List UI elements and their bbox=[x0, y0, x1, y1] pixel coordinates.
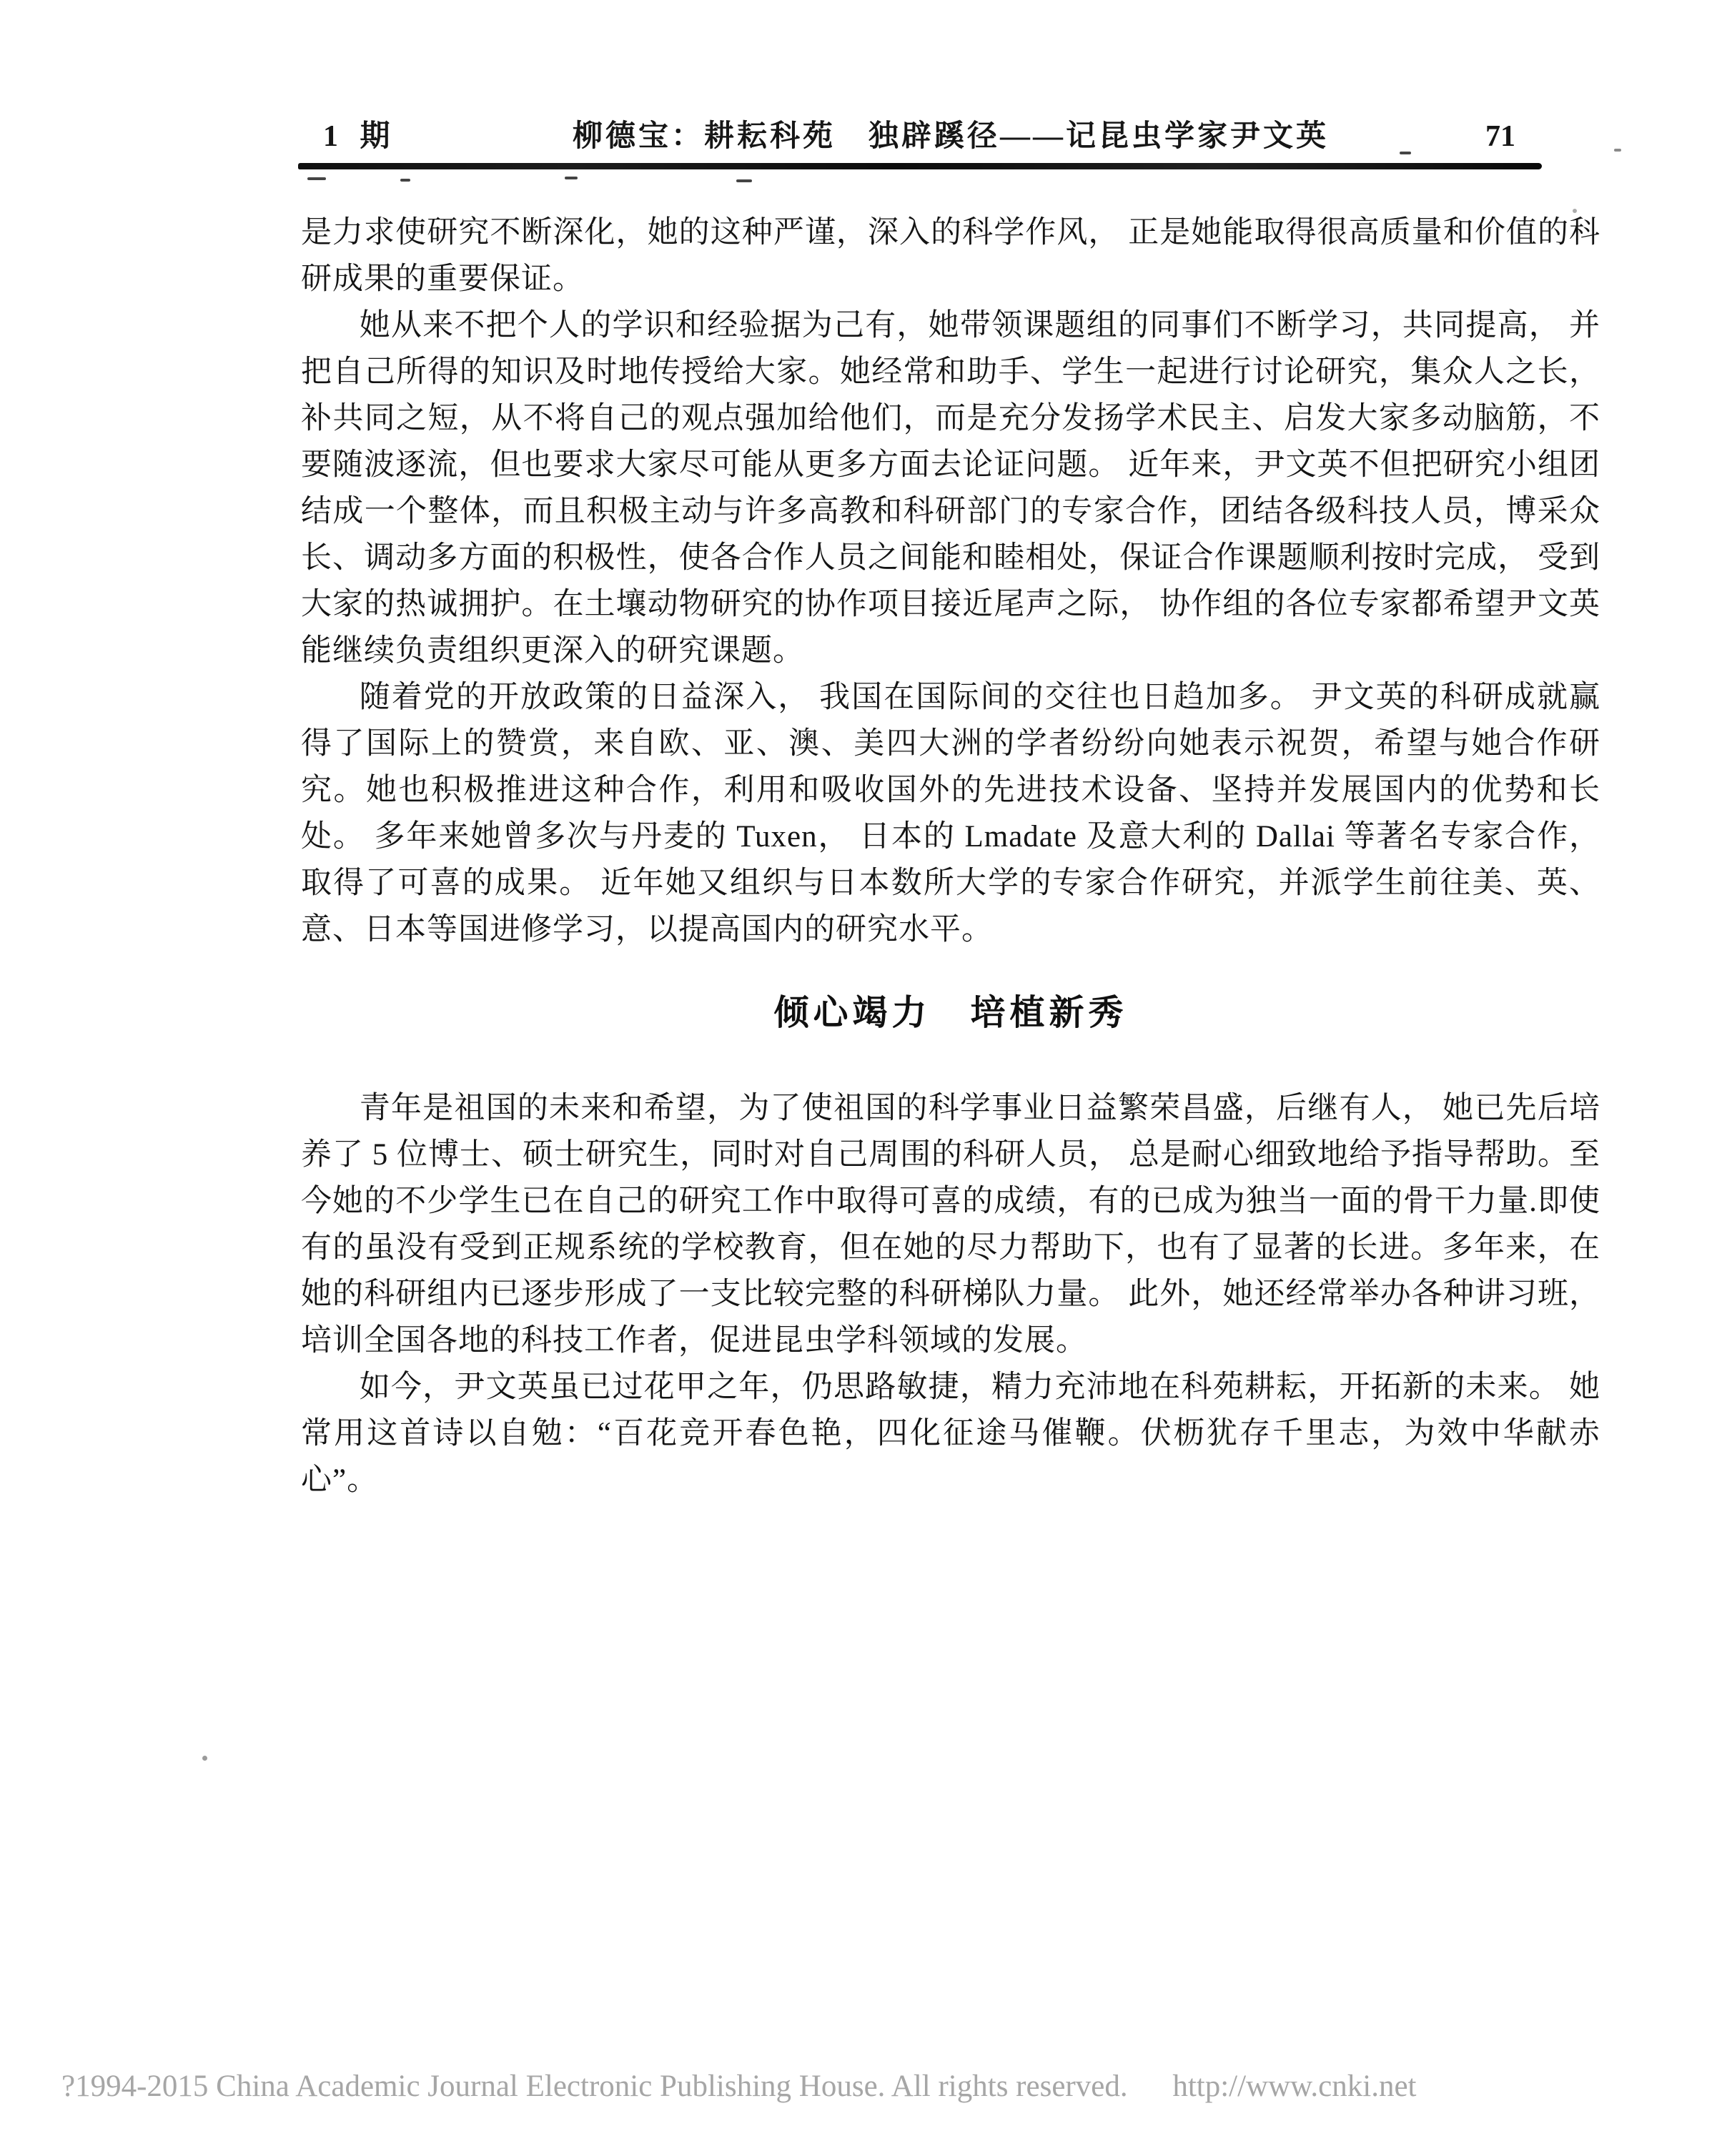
section-heading: 倾心竭力 培植新秀 bbox=[301, 990, 1600, 1037]
scan-artifact bbox=[565, 177, 578, 179]
paragraph: 她从来不把个人的学识和经验据为己有，她带领课题组的同事们不断学习，共同提高， 并… bbox=[301, 302, 1600, 674]
header-rule bbox=[298, 163, 1542, 169]
paragraph-continuation: 是力求使研究不断深化，她的这种严谨，深入的科学作风， 正是她能取得很高质量和价值… bbox=[301, 209, 1600, 302]
page-footer: ?1994-2015 China Academic Journal Electr… bbox=[61, 2070, 1416, 2103]
paragraph: 随着党的开放政策的日益深入， 我国在国际间的交往也日趋加多。 尹文英的科研成就赢… bbox=[301, 674, 1600, 953]
scan-speck bbox=[202, 1756, 207, 1761]
scan-speck bbox=[1573, 209, 1577, 213]
paragraph: 如今，尹文英虽已过花甲之年，仍思路敏捷，精力充沛地在科苑耕耘，开拓新的未来。 她… bbox=[301, 1364, 1600, 1503]
copyright-text: ?1994-2015 China Academic Journal Electr… bbox=[61, 2070, 1128, 2103]
scan-artifact bbox=[400, 179, 410, 182]
running-title: 柳德宝：耕耘科苑 独辟蹊径——记昆虫学家尹文英 bbox=[300, 120, 1601, 153]
scan-artifact bbox=[307, 177, 326, 180]
running-head: 1 期 柳德宝：耕耘科苑 独辟蹊径——记昆虫学家尹文英 71 bbox=[300, 120, 1601, 153]
paragraph: 青年是祖国的未来和希望，为了使祖国的科学事业日益繁荣昌盛，后继有人， 她已先后培… bbox=[301, 1085, 1600, 1364]
page-number: 71 bbox=[1485, 120, 1515, 153]
scan-artifact bbox=[736, 179, 752, 182]
article-body: 是力求使研究不断深化，她的这种严谨，深入的科学作风， 正是她能取得很高质量和价值… bbox=[301, 209, 1600, 1503]
scan-speck bbox=[1614, 149, 1621, 152]
scan-artifact bbox=[1400, 152, 1411, 154]
cnki-url: http://www.cnki.net bbox=[1172, 2070, 1416, 2103]
journal-page: { "header": { "issue_label": "1 期", "run… bbox=[0, 0, 1732, 2156]
